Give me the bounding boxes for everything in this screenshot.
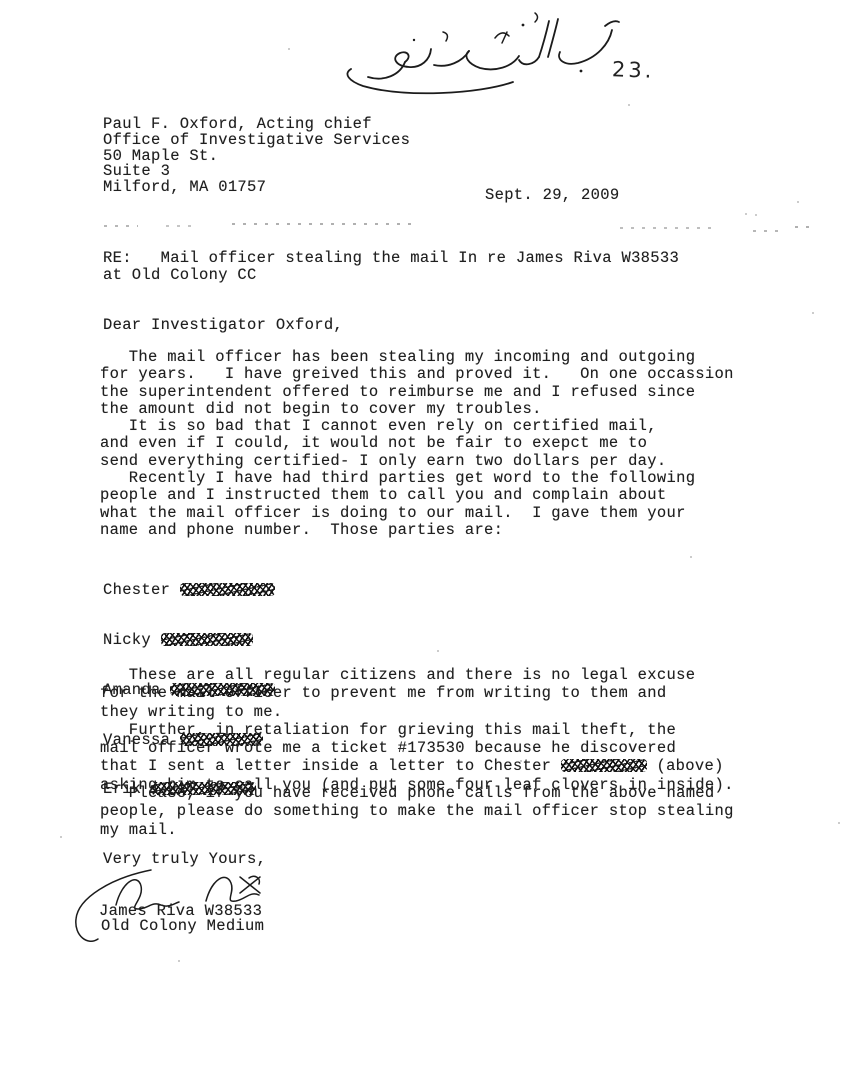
signer-facility: Old Colony Medium <box>101 918 264 935</box>
letter-date: Sept. 29, 2009 <box>485 187 619 204</box>
scan-speck <box>690 556 692 558</box>
scanned-letter-page: 23. Paul F. Oxford, Acting chief Office … <box>0 0 850 1087</box>
scan-artifact-dashes <box>620 227 716 229</box>
scan-speck <box>178 960 180 962</box>
scan-artifact-dashes <box>166 225 198 227</box>
scan-artifact-dashes <box>753 230 785 232</box>
scan-artifact-dashes <box>104 225 138 227</box>
scan-speck <box>745 213 747 215</box>
party-row: Chester <box>103 582 275 599</box>
party-first-name: Nicky <box>103 631 151 649</box>
scan-speck <box>797 201 799 203</box>
recipient-address: Paul F. Oxford, Acting chief Office of I… <box>103 117 410 196</box>
scan-speck <box>812 312 814 314</box>
redaction-scribble-inline <box>561 759 647 772</box>
scan-artifact-dashes <box>232 223 416 225</box>
page-annotation-number: 23. <box>612 57 655 82</box>
scan-speck <box>838 822 840 824</box>
party-row: Nicky <box>103 632 275 649</box>
salutation: Dear Investigator Oxford, <box>103 317 343 334</box>
body-paragraphs-1: The mail officer has been stealing my in… <box>100 349 734 539</box>
scan-speck <box>288 48 290 50</box>
redaction-scribble <box>180 583 275 596</box>
scan-speck <box>628 104 630 106</box>
scan-speck <box>437 650 439 652</box>
scan-speck <box>60 836 62 838</box>
scan-speck <box>755 214 757 216</box>
scan-speck <box>520 760 522 762</box>
body-paragraphs-3: Please, if you have received phone calls… <box>100 784 734 839</box>
subject-line: RE: Mail officer stealing the mail In re… <box>103 250 679 283</box>
party-first-name: Chester <box>103 581 170 599</box>
body-paragraphs-2: These are all regular citizens and there… <box>100 666 734 794</box>
scan-artifact-dashes <box>795 226 810 228</box>
arabic-calligraphy-icon <box>283 10 623 102</box>
redaction-scribble <box>161 633 253 646</box>
